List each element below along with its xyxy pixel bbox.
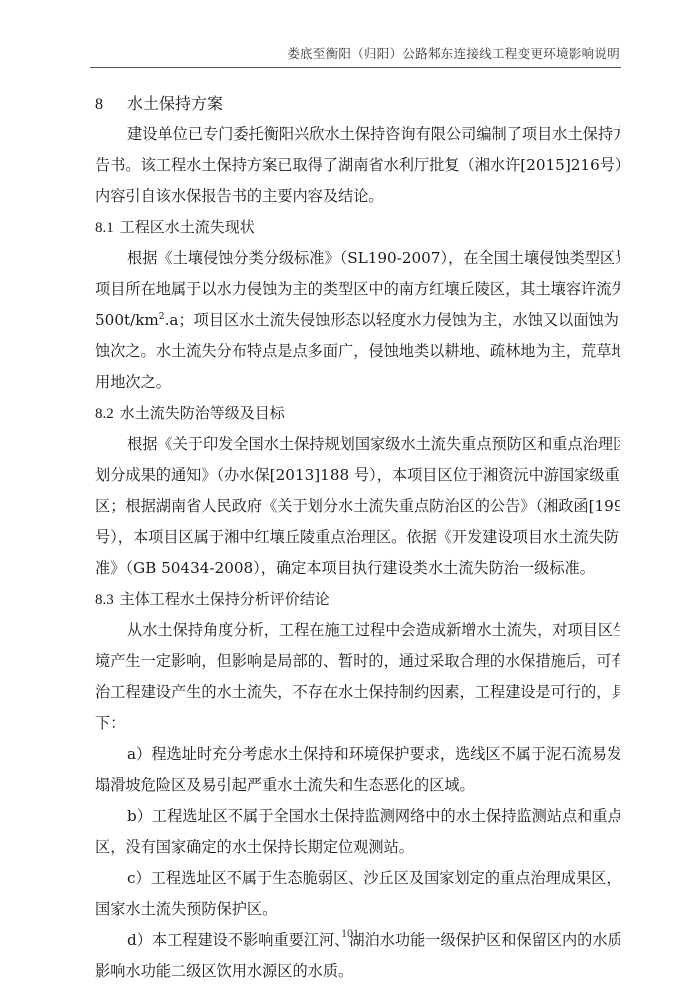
chapter-number: 8: [95, 89, 127, 120]
conclusion-item-b: b）工程选址区不属于全国水土保持监测网络中的水土保持监测站点和重点试验 区，没有…: [95, 801, 620, 863]
paragraph-line: 告书。该工程水土保持方案已取得了湖南省水利厅批复（湘水许[2015]216号），…: [95, 150, 620, 181]
paragraph-line: 划分成果的通知》（办水保[2013]188 号），本项目区位于湘资沅中游国家级重…: [95, 460, 620, 491]
list-item-line: 塌滑坡危险区及易引起严重水土流失和生态恶化的区域。: [95, 770, 620, 801]
section-heading: 8.1工程区水土流失现状: [95, 212, 620, 243]
section-title: 工程区水土流失现状: [120, 218, 255, 236]
paragraph-line: 用地次之。: [95, 367, 620, 398]
page-body: 8水土保持方案 建设单位已专门委托衡阳兴欣水土保持咨询有限公司编制了项目水土保持…: [95, 88, 620, 987]
paragraph-line: 根据《土壤侵蚀分类分级标准》（SL190-2007），在全国土壤侵蚀类型区划中，: [95, 243, 620, 274]
section-8-1-paragraph: 根据《土壤侵蚀分类分级标准》（SL190-2007），在全国土壤侵蚀类型区划中，…: [95, 243, 620, 398]
list-item-line: c）工程选址区不属于生态脆弱区、沙丘区及国家划定的重点治理成果区，不属于: [95, 863, 620, 894]
section-title: 水土流失防治等级及目标: [120, 404, 285, 422]
paragraph-line: 根据《关于印发全国水土保持规划国家级水土流失重点预防区和重点治理区复核: [95, 429, 620, 460]
list-item-line: 影响水功能二级区饮用水源区的水质。: [95, 956, 620, 987]
paragraph-line: 内容引自该水保报告书的主要内容及结论。: [95, 181, 620, 212]
section-number: 8.2: [95, 406, 114, 422]
paragraph-line: 境产生一定影响，但影响是局部的、暂时的，通过采取合理的水保措施后，可有效防: [95, 646, 620, 677]
list-item-line: 国家水土流失预防保护区。: [95, 894, 620, 925]
list-item-line: a）程选址时充分考虑水土保持和环境保护要求，选线区不属于泥石流易发区、崩: [95, 739, 620, 770]
section-8-3-paragraph: 从水土保持角度分析，工程在施工过程中会造成新增水土流失，对项目区生态环 境产生一…: [95, 615, 620, 739]
paragraph-line: 区；根据湖南省人民政府《关于划分水土流失重点防治区的公告》（湘政函[1999]1…: [95, 491, 620, 522]
conclusion-item-c: c）工程选址区不属于生态脆弱区、沙丘区及国家划定的重点治理成果区，不属于 国家水…: [95, 863, 620, 925]
paragraph-line: 项目所在地属于以水力侵蚀为主的类型区中的南方红壤丘陵区，其土壤容许流失量为: [95, 274, 620, 305]
list-item-line: b）工程选址区不属于全国水土保持监测网络中的水土保持监测站点和重点试验: [95, 801, 620, 832]
conclusion-item-a: a）程选址时充分考虑水土保持和环境保护要求，选线区不属于泥石流易发区、崩 塌滑坡…: [95, 739, 620, 801]
section-number: 8.3: [95, 592, 114, 608]
chapter-heading: 8水土保持方案: [95, 88, 620, 119]
page-number: 101: [0, 926, 700, 941]
section-heading: 8.2水土流失防治等级及目标: [95, 398, 620, 429]
section-title: 主体工程水土保持分析评价结论: [120, 590, 330, 608]
list-item-line: 区，没有国家确定的水土保持长期定位观测站。: [95, 832, 620, 863]
section-8-2-paragraph: 根据《关于印发全国水土保持规划国家级水土流失重点预防区和重点治理区复核 划分成果…: [95, 429, 620, 584]
paragraph-line: 蚀次之。水土流失分布特点是点多面广，侵蚀地类以耕地、疏林地为主，荒草地、农: [95, 336, 620, 367]
paragraph-line: 建设单位已专门委托衡阳兴欣水土保持咨询有限公司编制了项目水土保持方案报: [95, 119, 620, 150]
paragraph-line: 500t/km2.a；项目区水土流失侵蚀形态以轻度水力侵蚀为主，水蚀又以面蚀为主…: [95, 305, 620, 336]
paragraph-line: 号），本项目区属于湘中红壤丘陵重点治理区。依据《开发建设项目水土流失防治标: [95, 522, 620, 553]
document-title: 娄底至衡阳（归阳）公路邾东连接线工程变更环境影响说明: [92, 44, 620, 62]
paragraph-line: 准》（GB 50434-2008），确定本项目执行建设类水土流失防治一级标准。: [95, 553, 620, 584]
header-divider: [90, 67, 621, 68]
paragraph-line: 从水土保持角度分析，工程在施工过程中会造成新增水土流失，对项目区生态环: [95, 615, 620, 646]
unit-value: 500t/km2.a: [95, 311, 178, 329]
chapter-intro: 建设单位已专门委托衡阳兴欣水土保持咨询有限公司编制了项目水土保持方案报 告书。该…: [95, 119, 620, 212]
chapter-title: 水土保持方案: [127, 94, 223, 113]
paragraph-line: 治工程建设产生的水土流失，不存在水土保持制约因素，工程建设是可行的，具体如: [95, 677, 620, 708]
paragraph-line: 下：: [95, 708, 620, 739]
section-number: 8.1: [95, 220, 114, 236]
section-heading: 8.3主体工程水土保持分析评价结论: [95, 584, 620, 615]
